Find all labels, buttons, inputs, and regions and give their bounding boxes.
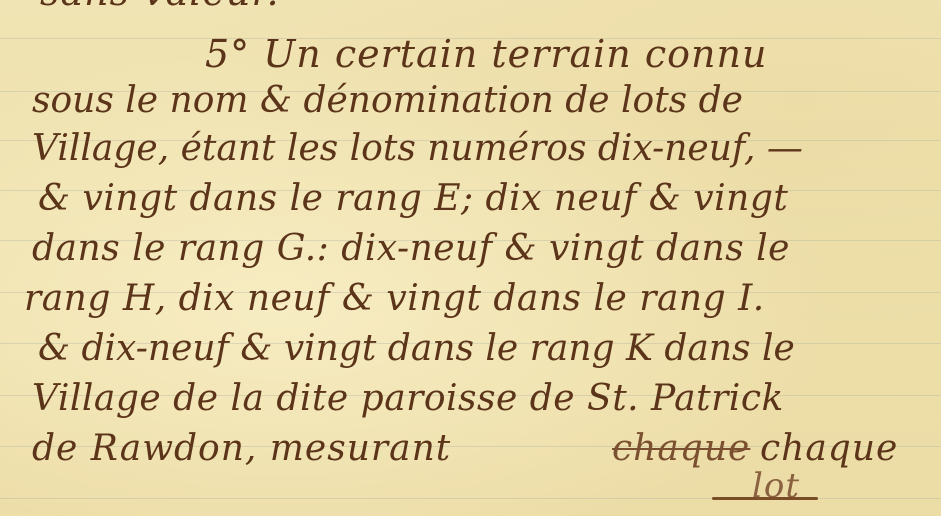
manuscript-page: sans valeur. 5° Un certain terrain connu… [0,0,941,516]
handwritten-line: & dix-neuf & vingt dans le rang K dans l… [38,328,795,369]
handwritten-line: & vingt dans le rang E; dix neuf & vingt [38,178,788,219]
handwritten-line: sans valeur. [40,0,280,14]
handwritten-line: rang H, dix neuf & vingt dans le rang I. [24,278,765,319]
handwritten-line: chaque [760,428,898,469]
handwritten-line: Village de la dite paroisse de St. Patri… [32,378,784,419]
handwritten-line: de Rawdon, mesurant [32,428,451,469]
handwritten-line: Village, étant les lots numéros dix-neuf… [32,128,803,169]
underline-stroke [712,497,818,500]
handwritten-line: 5° Un certain terrain connu [205,32,767,76]
handwritten-line: lot [752,466,800,506]
handwritten-line: dans le rang G.: dix-neuf & vingt dans l… [32,228,790,269]
struck-word: chaque [612,428,750,469]
handwritten-line: sous le nom & dénomination de lots de [32,80,743,121]
